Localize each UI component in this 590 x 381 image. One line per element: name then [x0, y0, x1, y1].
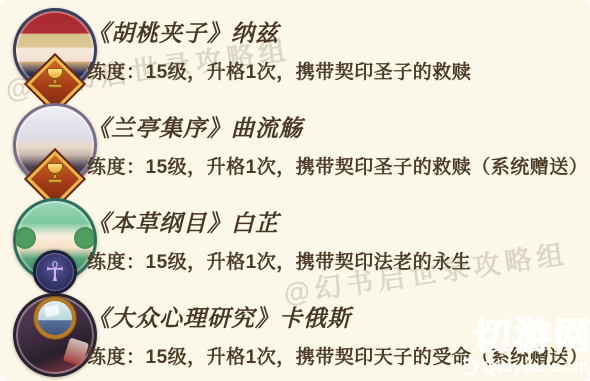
- avatar-wrap: [13, 103, 97, 195]
- entry-text: 《大众心理研究》卡俄斯 练度：15级，升格1次，携带契印天子的受命（系统赠送）: [87, 290, 587, 381]
- entry-text: 《胡桃夹子》纳兹 练度：15级，升格1次，携带契印圣子的救赎: [87, 5, 587, 100]
- chest-badge: [34, 297, 76, 339]
- character-entry-kaesi: 《大众心理研究》卡俄斯 练度：15级，升格1次，携带契印天子的受命（系统赠送）: [0, 290, 590, 381]
- character-entry-nazi: 《胡桃夹子》纳兹 练度：15级，升格1次，携带契印圣子的救赎: [0, 5, 590, 100]
- entry-title: 《兰亭集序》曲流觞: [87, 110, 303, 143]
- trophy-icon: [45, 163, 65, 189]
- entry-description: 练度：15级，升格1次，携带契印圣子的救赎: [87, 57, 471, 84]
- entry-description: 练度：15级，升格1次，携带契印法老的永生: [87, 247, 471, 274]
- entry-title: 《胡桃夹子》纳兹: [87, 15, 279, 48]
- ankh-icon: ☥: [45, 259, 65, 286]
- entry-text: 《本草纲目》白芷 练度：15级，升格1次，携带契印法老的永生: [87, 195, 587, 290]
- character-entry-quliushang: 《兰亭集序》曲流觞 练度：15级，升格1次，携带契印圣子的救赎（系统赠送）: [0, 100, 590, 195]
- entry-title: 《本草纲目》白芷: [87, 205, 279, 238]
- entry-description: 练度：15级，升格1次，携带契印天子的受命（系统赠送）: [87, 342, 588, 369]
- character-guide-panel: @幻书启世录攻略组 @幻书启世录攻略组 《胡桃夹子》纳兹 练度：15级，升格1次…: [0, 0, 590, 381]
- avatar-wrap: [13, 293, 97, 381]
- entry-description: 练度：15级，升格1次，携带契印圣子的救赎（系统赠送）: [87, 152, 588, 179]
- avatar-wrap: [13, 8, 97, 100]
- avatar-wrap: ☥: [13, 198, 97, 290]
- ankh-badge: ☥: [33, 250, 77, 294]
- entry-text: 《兰亭集序》曲流觞 练度：15级，升格1次，携带契印圣子的救赎（系统赠送）: [87, 100, 587, 195]
- entry-title: 《大众心理研究》卡俄斯: [87, 300, 351, 333]
- character-entry-baizhi: ☥ 《本草纲目》白芷 练度：15级，升格1次，携带契印法老的永生: [0, 195, 590, 290]
- trophy-icon: [45, 68, 65, 94]
